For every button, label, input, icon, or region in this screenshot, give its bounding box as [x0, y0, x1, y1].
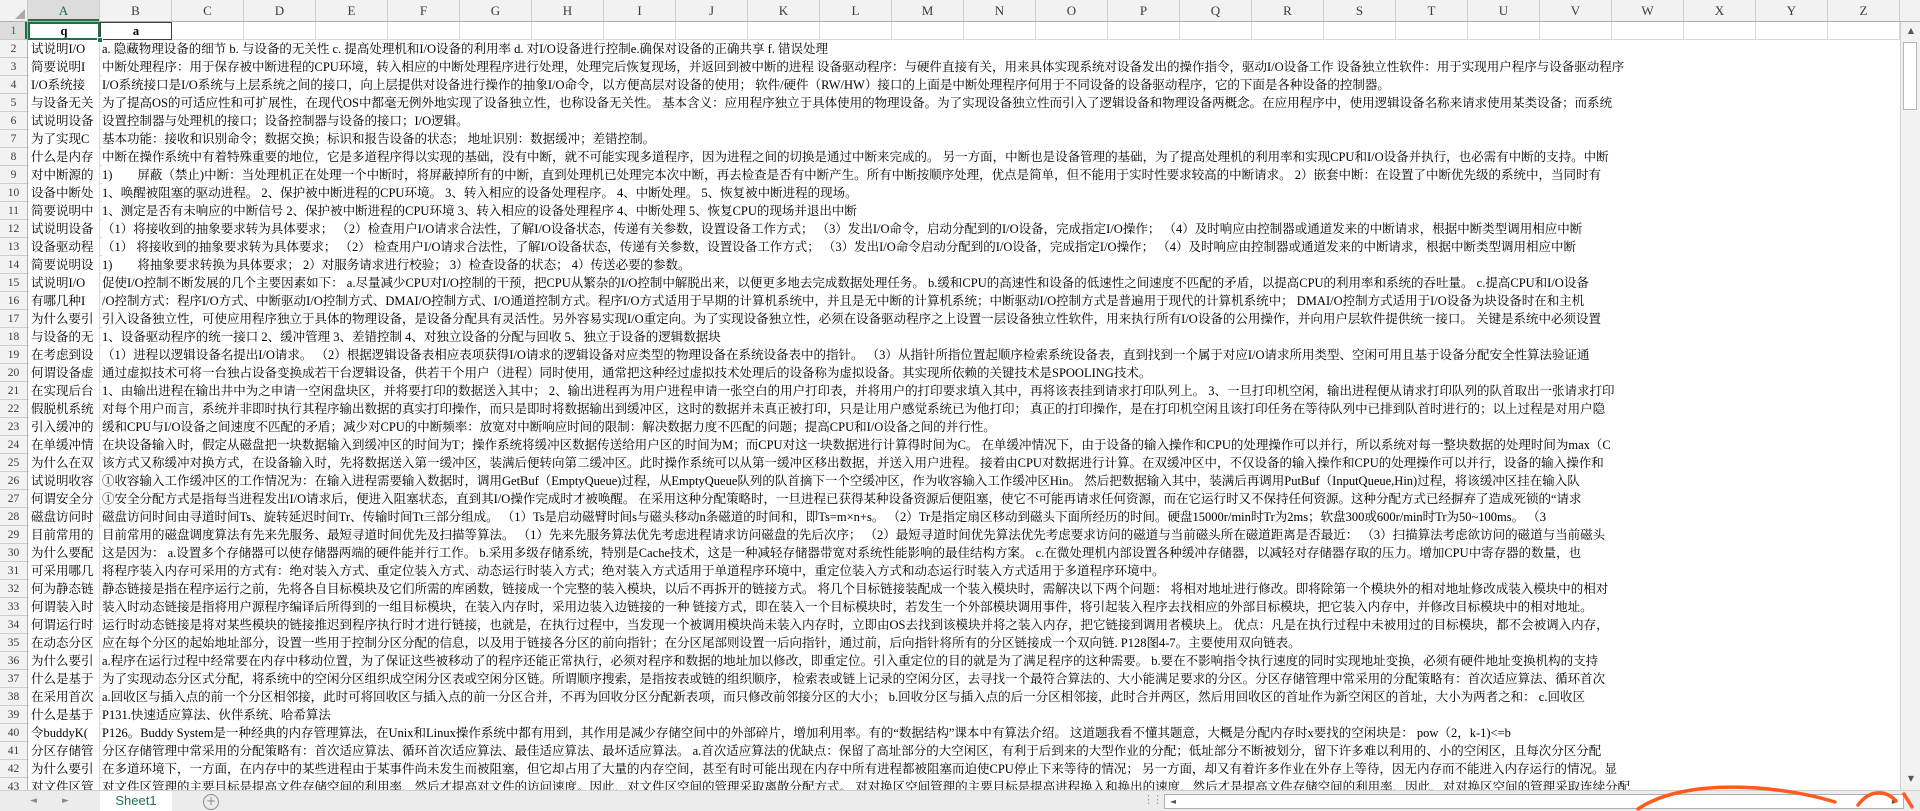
cell-B29[interactable]: 目前常用的磁盘调度算法有先来先服务、最短寻道时间优先及扫描等算法。 （1）先来先…	[102, 526, 1900, 544]
vertical-scroll-thumb[interactable]	[1903, 42, 1917, 110]
cell-B24[interactable]: 在块设备输入时，假定从磁盘把一块数据输入到缓冲区的时间为T；操作系统将缓冲区数据…	[102, 436, 1900, 454]
cell-A25[interactable]: 为什么在双	[29, 454, 99, 472]
cell-A37[interactable]: 什么是基于	[29, 670, 99, 688]
row-header-22[interactable]: 22	[0, 400, 27, 418]
cell-B26[interactable]: ①收容输入工作缓冲区的工作情况为：在输入进程需要输入数据时，调用GetBuf（E…	[102, 472, 1900, 490]
column-header-C[interactable]: C	[172, 0, 244, 21]
cell-B33[interactable]: 装入时动态链接是指将用户源程序编译后所得到的一组目标模块，在装入内存时，采用边装…	[102, 598, 1900, 616]
cell-B3[interactable]: 中断处理程序：用于保存被中断进程的CPU环境，转入相应的中断处理程序进行处理，处…	[102, 58, 1900, 76]
column-header-W[interactable]: W	[1612, 0, 1684, 21]
row-header-36[interactable]: 36	[0, 652, 27, 670]
row-header-31[interactable]: 31	[0, 562, 27, 580]
row-header-7[interactable]: 7	[0, 130, 27, 148]
column-header-B[interactable]: B	[100, 0, 172, 21]
row-header-43[interactable]: 43	[0, 778, 27, 790]
row-header-42[interactable]: 42	[0, 760, 27, 778]
row-header-9[interactable]: 9	[0, 166, 27, 184]
column-header-N[interactable]: N	[964, 0, 1036, 21]
cell-A32[interactable]: 何为静态链	[29, 580, 99, 598]
cell-A5[interactable]: 与设备无关	[29, 94, 99, 112]
sheet-nav-left-icon[interactable]: ◄	[30, 791, 37, 811]
cell-A35[interactable]: 在动态分区	[29, 634, 99, 652]
add-sheet-button[interactable]: +	[203, 794, 219, 810]
cell-B30[interactable]: 这是因为： a.设置多个存储器可以使存储器两端的硬件能并行工作。 b.采用多级存…	[102, 544, 1900, 562]
cell-B35[interactable]: 应在每个分区的起始地址部分，设置一些用于控制分区分配的信息，以及用于链接各分区的…	[102, 634, 1900, 652]
cell-B22[interactable]: 对每个用户而言，系统并非即时执行其程序输出数据的真实打印操作，而只是即时将数据输…	[102, 400, 1900, 418]
cell-A11[interactable]: 简要说明中	[29, 202, 99, 220]
cell-B5[interactable]: 为了提高OS的可适应性和可扩展性，在现代OS中都毫无例外地实现了设备独立性，也称…	[102, 94, 1900, 112]
column-header-E[interactable]: E	[316, 0, 388, 21]
row-header-25[interactable]: 25	[0, 454, 27, 472]
column-header-Z[interactable]: Z	[1828, 0, 1900, 21]
row-header-8[interactable]: 8	[0, 148, 27, 166]
cell-A29[interactable]: 目前常用的	[29, 526, 99, 544]
column-header-J[interactable]: J	[676, 0, 748, 21]
cell-B4[interactable]: I/O系统接口是I/O系统与上层系统之间的接口，向上层提供对设备进行操作的抽象I…	[102, 76, 1900, 94]
row-header-15[interactable]: 15	[0, 274, 27, 292]
cell-A40[interactable]: 令buddyK(	[29, 724, 99, 742]
cell-A33[interactable]: 何谓装入时	[29, 598, 99, 616]
column-header-strip: ABCDEFGHIJKLMNOPQRSTUVWXYZ	[0, 0, 1920, 22]
cell-B18[interactable]: 1、设备驱动程序的统一接口 2、缓冲管理 3、差错控制 4、对独立设备的分配与回…	[102, 328, 1900, 346]
cell-A4[interactable]: I/O系统接	[29, 76, 99, 94]
row-header-4[interactable]: 4	[0, 76, 27, 94]
cell-B9[interactable]: 1) 屏蔽（禁止)中断：当处理机正在处理一个中断时，将屏蔽掉所有的中断，直到处理…	[102, 166, 1900, 184]
column-header-S[interactable]: S	[1324, 0, 1396, 21]
row-header-2[interactable]: 2	[0, 40, 27, 58]
cell-A10[interactable]: 设备中断处	[29, 184, 99, 202]
cell-B7[interactable]: 基本功能：接收和识别命令；数据交换；标识和报告设备的状态； 地址识别：数据缓冲；…	[102, 130, 1900, 148]
column-header-I[interactable]: I	[604, 0, 676, 21]
cell-B16[interactable]: /O控制方式：程序I/O方式、中断驱动I/O控制方式、DMAI/O控制方式、I/…	[102, 292, 1900, 310]
cell-B25[interactable]: 该方式又称缓冲对换方式，在设备输入时，先将数据送入第一缓冲区，装满后便转向第二缓…	[102, 454, 1900, 472]
column-header-U[interactable]: U	[1468, 0, 1540, 21]
cell-B34[interactable]: 运行时动态链接是将对某些模块的链接推迟到程序执行时才进行链接，也就是，在执行过程…	[102, 616, 1900, 634]
column-header-P[interactable]: P	[1108, 0, 1180, 21]
cell-A39[interactable]: 什么是基于	[29, 706, 99, 724]
cell-A23[interactable]: 引入缓冲的	[29, 418, 99, 436]
column-header-V[interactable]: V	[1540, 0, 1612, 21]
cell-A30[interactable]: 为什么要配	[29, 544, 99, 562]
column-header-Y[interactable]: Y	[1756, 0, 1828, 21]
cell-A43[interactable]: 对文件区管	[29, 778, 99, 790]
cell-B37[interactable]: 为了实现动态分区式分配，将系统中的空闲分区组织成空闲分区表或空闲分区链。所谓顺序…	[102, 670, 1900, 688]
select-all-triangle-icon	[15, 9, 25, 19]
cell-B41[interactable]: 分区存储管理中常采用的分配策略有：首次适应算法、循环首次适应算法、最佳适应算法、…	[102, 742, 1900, 760]
cell-B21[interactable]: 1、由输出进程在输出井中为之申请一空闲盘块区，并将要打印的数据送入其中； 2、输…	[102, 382, 1900, 400]
fill-handle[interactable]	[97, 37, 103, 43]
cell-B13[interactable]: （1） 将接收到的抽象要求转为具体要求； （2） 检查用户I/O请求合法性，了解…	[102, 238, 1900, 256]
row-header-29[interactable]: 29	[0, 526, 27, 544]
sheet-nav-right-icon[interactable]: ►	[62, 791, 69, 811]
cell-B28[interactable]: 磁盘访问时间由寻道时间Ts、旋转延迟时间Tr、传输时间Tt三部分组成。 （1）T…	[102, 508, 1900, 526]
cell-A8[interactable]: 什么是内存	[29, 148, 99, 166]
tab-scrollbar-splitter[interactable]: ⋮⋮	[1143, 793, 1161, 806]
cell-B11[interactable]: 1、测定是否有未响应的中断信号 2、保护被中断进程的CPU环境 3、转入相应的设…	[102, 202, 1900, 220]
column-header-K[interactable]: K	[748, 0, 820, 21]
row-headers: 1234567891011121314151617181920212223242…	[0, 22, 28, 790]
row-header-35[interactable]: 35	[0, 634, 27, 652]
cell-B15[interactable]: 促使I/O控制不断发展的几个主要因素如下： a.尽量减少CPU对I/O控制的干预…	[102, 274, 1900, 292]
row-header-38[interactable]: 38	[0, 688, 27, 706]
cell-A36[interactable]: 为什么要引	[29, 652, 99, 670]
cell-A38[interactable]: 在采用首次	[29, 688, 99, 706]
row-header-12[interactable]: 12	[0, 220, 27, 238]
row-header-33[interactable]: 33	[0, 598, 27, 616]
cell-A14[interactable]: 简要说明设	[29, 256, 99, 274]
cell-A13[interactable]: 设备驱动程	[29, 238, 99, 256]
row-header-21[interactable]: 21	[0, 382, 27, 400]
cell-A20[interactable]: 何谓设备虚	[29, 364, 99, 382]
cell-A17[interactable]: 为什么要引	[29, 310, 99, 328]
cell-B23[interactable]: 缓和CPU与I/O设备之间速度不匹配的矛盾；减少对CPU的中断频率：放宽对中断响…	[102, 418, 1900, 436]
cell-A27[interactable]: 何谓安全分	[29, 490, 99, 508]
cell-A3[interactable]: 简要说明I	[29, 58, 99, 76]
vertical-scrollbar[interactable]: ▲ ▼	[1900, 22, 1920, 790]
cell-B20[interactable]: 通过虚拟技术可将一台独占设备变换成若干台逻辑设备，供若干个用户（进程）同时使用，…	[102, 364, 1900, 382]
cell-B19[interactable]: （1）进程以逻辑设备名提出I/O请求。 （2）根据逻辑设备表相应表项获得I/O请…	[102, 346, 1900, 364]
cell-B42[interactable]: 在多道环境下，一方面，在内存中的某些进程由于某事件尚未发生而被阻塞，但它却占用了…	[102, 760, 1900, 778]
active-cell-A1[interactable]: q	[28, 22, 100, 40]
column-header-Q[interactable]: Q	[1180, 0, 1252, 21]
row-header-40[interactable]: 40	[0, 724, 27, 742]
cell-A41[interactable]: 分区存储管	[29, 742, 99, 760]
column-headers: ABCDEFGHIJKLMNOPQRSTUVWXYZ	[28, 0, 1900, 21]
cell-B8[interactable]: 中断在操作系统中有着特殊重要的地位，它是多道程序得以实现的基础，没有中断，就不可…	[102, 148, 1900, 166]
column-header-F[interactable]: F	[388, 0, 460, 21]
cell-B39[interactable]: P131.快速适应算法、伙伴系统、哈希算法	[102, 706, 1900, 724]
cell-A16[interactable]: 有哪几种I	[29, 292, 99, 310]
cell-A22[interactable]: 假脱机系统	[29, 400, 99, 418]
row-header-20[interactable]: 20	[0, 364, 27, 382]
cell-A7[interactable]: 为了实现C	[29, 130, 99, 148]
row-header-30[interactable]: 30	[0, 544, 27, 562]
row-header-10[interactable]: 10	[0, 184, 27, 202]
cell-A21[interactable]: 在实现后台	[29, 382, 99, 400]
row-header-1[interactable]: 1	[0, 22, 27, 40]
column-header-L[interactable]: L	[820, 0, 892, 21]
row-header-41[interactable]: 41	[0, 742, 27, 760]
row-header-14[interactable]: 14	[0, 256, 27, 274]
cell-B27[interactable]: ①安全分配方式是指每当进程发出I/O请求后，便进入阻塞状态，直到其I/O操作完成…	[102, 490, 1900, 508]
row-header-24[interactable]: 24	[0, 436, 27, 454]
row-header-28[interactable]: 28	[0, 508, 27, 526]
cell-A9[interactable]: 对中断源的	[29, 166, 99, 184]
scroll-up-icon[interactable]: ▲	[1901, 22, 1920, 40]
cell-A26[interactable]: 试说明收容	[29, 472, 99, 490]
cell-grid[interactable]: a q 试说明I/Oa. 隐藏物理设备的细节 b. 与设备的无关性 c. 提高处…	[28, 22, 1900, 790]
cell-B6[interactable]: 设置控制器与处理机的接口；设备控制器与设备的接口；I/O逻辑。	[102, 112, 1900, 130]
cell-B1[interactable]: a	[100, 22, 172, 40]
cell-B32[interactable]: 静态链接是指在程序运行之前，先将各自目标模块及它们所需的库函数，链接成一个完整的…	[102, 580, 1900, 598]
cell-B12[interactable]: （1）将接收到的抽象要求转为具体要求； （2）检查用户I/O请求合法性，了解I/…	[102, 220, 1900, 238]
column-header-R[interactable]: R	[1252, 0, 1324, 21]
cell-A19[interactable]: 在考虑到设	[29, 346, 99, 364]
cell-A31[interactable]: 可采用哪几	[29, 562, 99, 580]
cell-B31[interactable]: 将程序装入内存可采用的方式有：绝对装入方式、重定位装入方式、动态运行时装入方式；…	[102, 562, 1900, 580]
row-header-32[interactable]: 32	[0, 580, 27, 598]
column-header-D[interactable]: D	[244, 0, 316, 21]
cell-B36[interactable]: a.程序在运行过程中经常要在内存中移动位置，为了保证这些被移动了的程序还能正常执…	[102, 652, 1900, 670]
column-header-M[interactable]: M	[892, 0, 964, 21]
cell-A12[interactable]: 试说明设备	[29, 220, 99, 238]
row-header-34[interactable]: 34	[0, 616, 27, 634]
orange-scribble-annotation	[1630, 785, 1920, 811]
cell-A42[interactable]: 为什么要引	[29, 760, 99, 778]
cell-B10[interactable]: 1、唤醒被阻塞的驱动进程。 2、保护被中断进程的CPU环境。 3、转入相应的设备…	[102, 184, 1900, 202]
row-header-16[interactable]: 16	[0, 292, 27, 310]
column-header-O[interactable]: O	[1036, 0, 1108, 21]
cell-B2[interactable]: a. 隐藏物理设备的细节 b. 与设备的无关性 c. 提高处理机和I/O设备的利…	[102, 40, 1900, 58]
spreadsheet-window: { "sheet": { "columns": ["A","B","C","D"…	[0, 0, 1920, 811]
column-header-G[interactable]: G	[460, 0, 532, 21]
row-header-13[interactable]: 13	[0, 238, 27, 256]
cell-B17[interactable]: 引入设备独立性，可使应用程序独立于具体的物理设备，是设备分配具有灵活性。另外容易…	[102, 310, 1900, 328]
row-header-37[interactable]: 37	[0, 670, 27, 688]
cell-A34[interactable]: 何谓运行时	[29, 616, 99, 634]
cell-A15[interactable]: 试说明I/O	[29, 274, 99, 292]
cell-B38[interactable]: a.回收区与插入点的前一个分区相邻接，此时可将回收区与插入点的前一分区合并，不再…	[102, 688, 1900, 706]
row-header-19[interactable]: 19	[0, 346, 27, 364]
cell-A2[interactable]: 试说明I/O	[29, 40, 99, 58]
row-header-6[interactable]: 6	[0, 112, 27, 130]
scroll-left-icon[interactable]: ◄	[1165, 795, 1181, 808]
row-header-11[interactable]: 11	[0, 202, 27, 220]
column-header-X[interactable]: X	[1684, 0, 1756, 21]
cell-A18[interactable]: 与设备的无	[29, 328, 99, 346]
column-header-H[interactable]: H	[532, 0, 604, 21]
row-header-5[interactable]: 5	[0, 94, 27, 112]
cell-A24[interactable]: 在单缓冲情	[29, 436, 99, 454]
select-all-corner[interactable]	[0, 0, 28, 21]
row-header-3[interactable]: 3	[0, 58, 27, 76]
row-header-26[interactable]: 26	[0, 472, 27, 490]
row-header-39[interactable]: 39	[0, 706, 27, 724]
cell-B14[interactable]: 1) 将抽象要求转换为具体要求； 2）对服务请求进行校验； 3）检查设备的状态；…	[102, 256, 1900, 274]
column-header-A[interactable]: A	[28, 0, 100, 21]
cell-B40[interactable]: P126。Buddy System是一种经典的内存管理算法，在Unix和Linu…	[102, 724, 1900, 742]
cell-A28[interactable]: 磁盘访问时	[29, 508, 99, 526]
row-header-18[interactable]: 18	[0, 328, 27, 346]
sheet-tab-sheet1[interactable]: Sheet1	[100, 791, 172, 811]
row-header-17[interactable]: 17	[0, 310, 27, 328]
row-header-23[interactable]: 23	[0, 418, 27, 436]
cell-A6[interactable]: 试说明设备	[29, 112, 99, 130]
row-header-27[interactable]: 27	[0, 490, 27, 508]
column-header-T[interactable]: T	[1396, 0, 1468, 21]
